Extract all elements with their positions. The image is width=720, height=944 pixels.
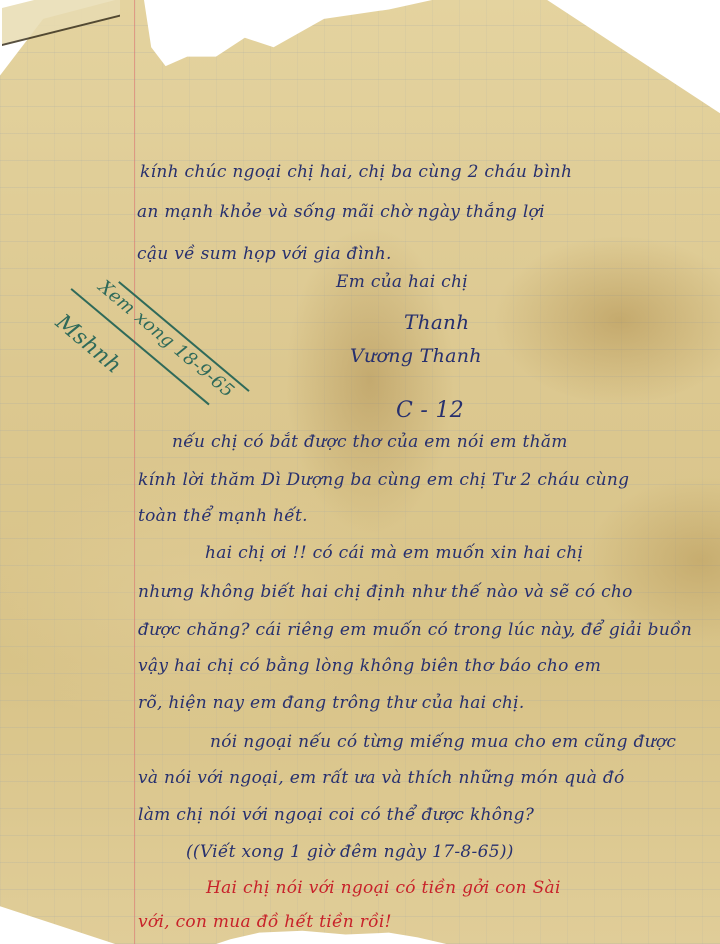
margin-line xyxy=(134,0,135,944)
letter-line: và nói với ngoại, em rất ưa và thích nhữ… xyxy=(138,768,625,788)
letter-line: cậu về sum họp với gia đình. xyxy=(137,244,392,264)
letter-line: hai chị ơi !! có cái mà em muốn xin hai … xyxy=(205,543,583,563)
letter-line: nói ngoại nếu có từng miếng mua cho em c… xyxy=(210,732,676,752)
letter-line: an mạnh khỏe và sống mãi chờ ngày thắng … xyxy=(137,202,545,222)
completion-note: ((Viết xong 1 giờ đêm ngày 17-8-65)) xyxy=(186,842,514,862)
red-note-line: Hai chị nói với ngoại có tiền gởi con Sà… xyxy=(206,878,561,898)
letter-line: được chăng? cái riêng em muốn có trong l… xyxy=(138,620,692,640)
letter-line: kính chúc ngoại chị hai, chị ba cùng 2 c… xyxy=(140,162,572,182)
letter-line: rõ, hiện nay em đang trông thư của hai c… xyxy=(138,693,525,713)
full-name: Vương Thanh xyxy=(350,345,482,367)
letter-line: toàn thể mạnh hết. xyxy=(138,506,308,526)
unit-code: C - 12 xyxy=(396,398,464,423)
red-note-line: với, con mua đồ hết tiền rồi! xyxy=(138,912,392,932)
signature: Thanh xyxy=(404,310,469,334)
letter-line: vậy hai chị có bằng lòng không biên thơ … xyxy=(138,656,601,676)
letter-line: nhưng không biết hai chị định như thế nà… xyxy=(138,582,633,602)
closing-line: Em của hai chị xyxy=(336,272,468,292)
letter-line: kính lời thăm Dì Dượng ba cùng em chị Tư… xyxy=(138,470,629,490)
letter-line: làm chị nói với ngoại coi có thể được kh… xyxy=(138,805,534,825)
letter-line: nếu chị có bắt được thơ của em nói em th… xyxy=(172,432,568,452)
